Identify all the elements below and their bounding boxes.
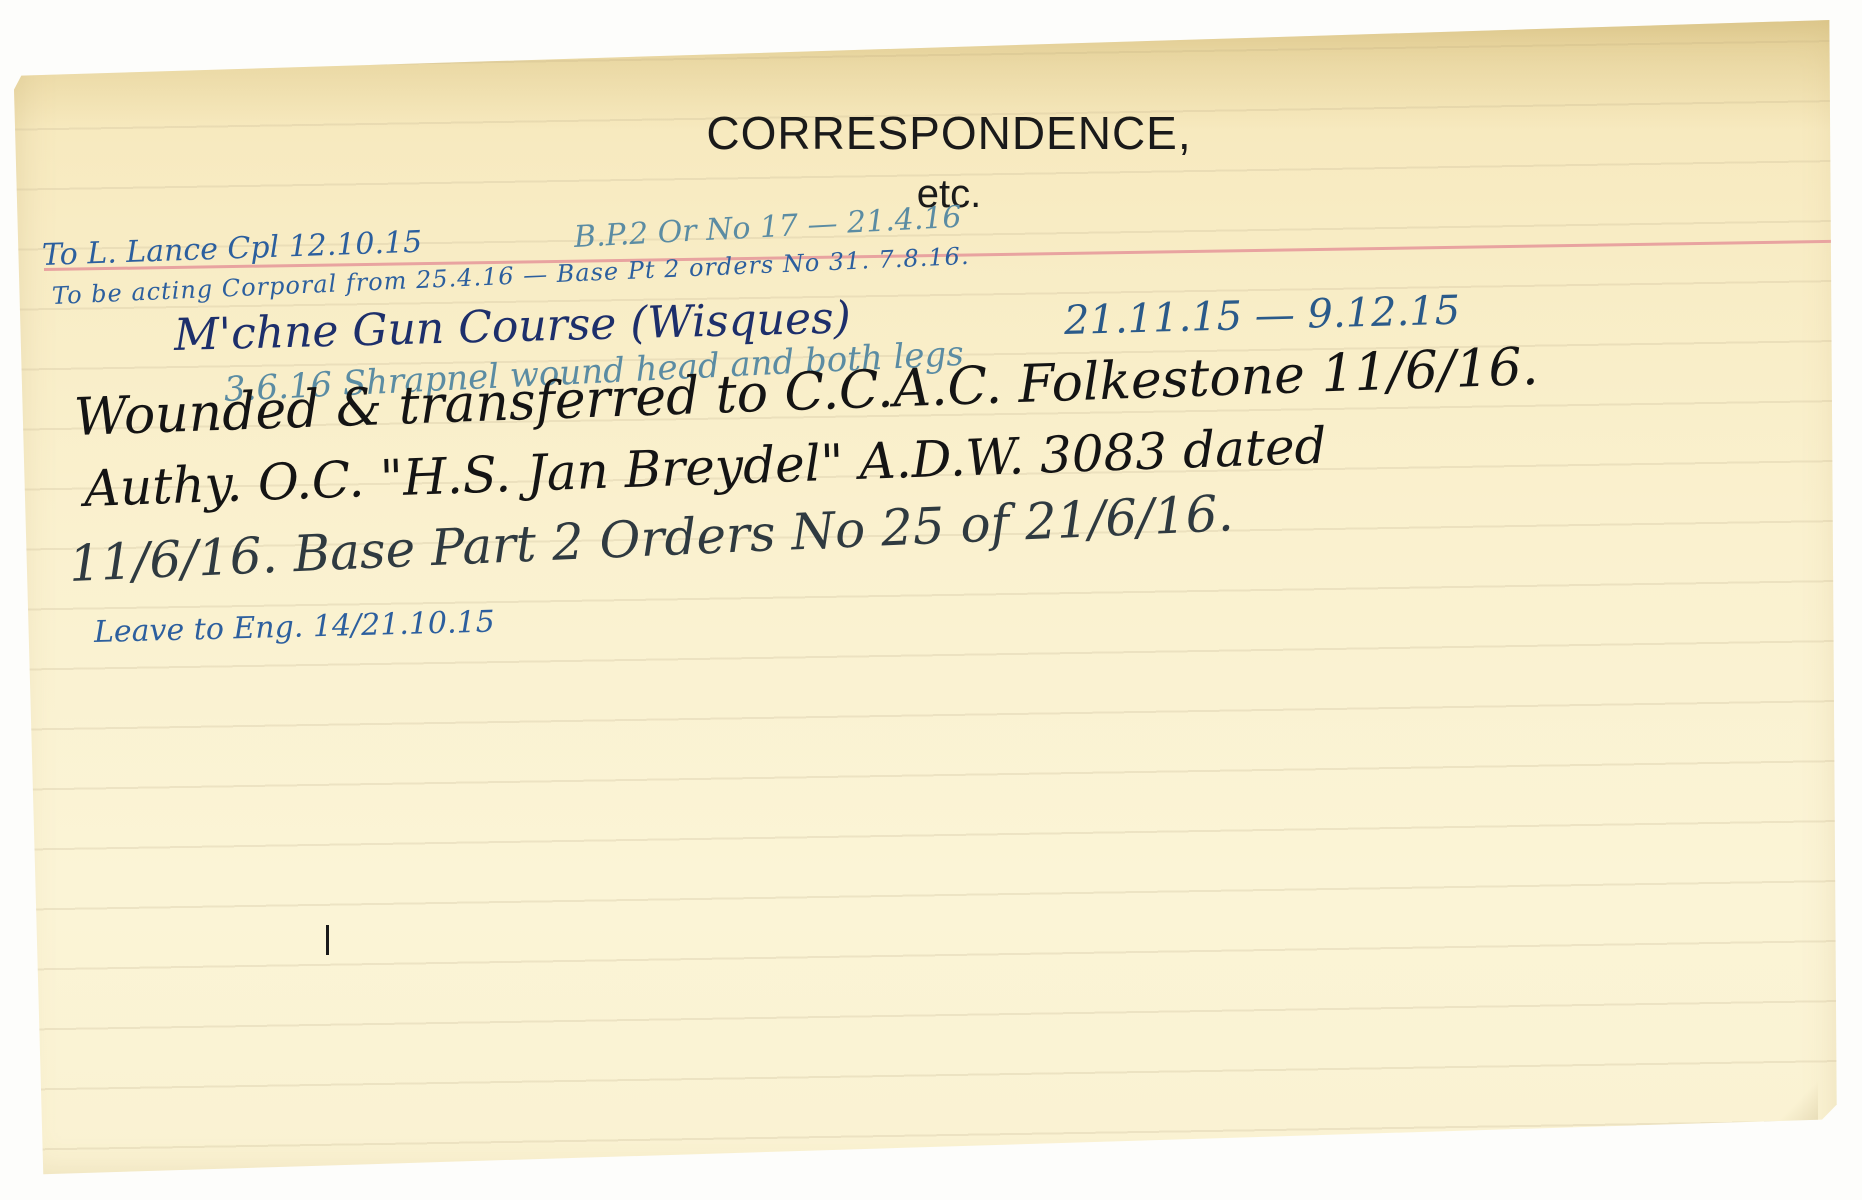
card-heading: CORRESPONDENCE, bbox=[34, 106, 1862, 160]
ink-mark bbox=[326, 925, 329, 955]
scanned-document: CORRESPONDENCE, etc. To L. Lance Cpl 12.… bbox=[0, 0, 1862, 1200]
corner-wear bbox=[1778, 1080, 1818, 1140]
entry-machine-gun-course-dates: 21.11.15 — 9.12.15 bbox=[1063, 288, 1460, 344]
entry-leave: Leave to Eng. 14/21.10.15 bbox=[94, 605, 496, 650]
record-card: CORRESPONDENCE, etc. To L. Lance Cpl 12.… bbox=[14, 20, 1844, 1180]
